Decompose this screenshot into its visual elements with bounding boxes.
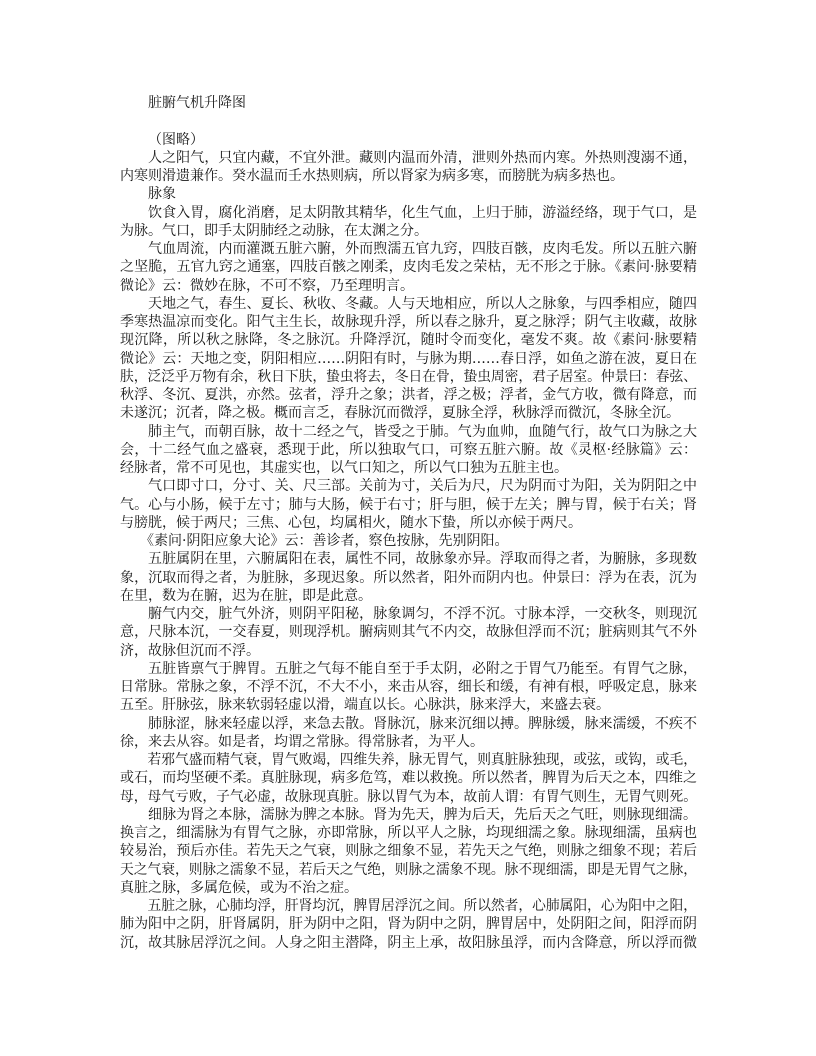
text-line: 气口即寸口，分寸、关、尺三部。关前为寸，关后为尺，尺为阴而寸为阳，关为阴阳之中 [120,477,697,495]
text-line: 沉，故其脉居浮沉之间。人身之阳主潜降，阴主上承，故阳脉虽浮，而内含降意，所以浮而… [120,934,697,952]
text-line: 经脉者，常不可见也，其虚实也，以气口知之，所以气口独为五脏主也。 [120,459,697,477]
section-heading: 脉象 [120,185,697,203]
text-line: 较易治，预后亦佳。若先天之气衰，则脉之细象不显，若先天之气绝，则脉之细象不现；若… [120,842,697,860]
paragraph: 肺脉涩，脉来轻虚以浮，来急去散。肾脉沉，脉来沉细以搏。脾脉缓，脉来濡缓，不疾不 … [120,715,697,752]
text-line: 肺脉涩，脉来轻虚以浮，来急去散。肾脉沉，脉来沉细以搏。脾脉缓，脉来濡缓，不疾不 [120,715,697,733]
paragraph: 天地之气，春生、夏长、秋收、冬藏。人与天地相应，所以人之脉象，与四季相应，随四 … [120,295,697,423]
text-line: 之坚脆，五官九窍之通塞，四肢百骸之刚柔，皮肉毛发之荣枯，无不形之于脉。《素问·脉… [120,258,697,276]
paragraph: 气口即寸口，分寸、关、尺三部。关前为寸，关后为尺，尺为阴而寸为阳，关为阴阳之中 … [120,477,697,532]
text-line: 肺为阳中之阴，肝肾属阴，肝为阴中之阳，肾为阴中之阴，脾胃居中，处阴阳之间，阳浮而… [120,915,697,933]
text-line: 细脉为肾之本脉，濡脉为脾之本脉。肾为先天，脾为后天，先后天之气旺，则脉现细濡。 [120,806,697,824]
text-line: 真脏之脉，多属危候，或为不治之症。 [120,879,697,897]
text-line: 现沉降，所以秋之脉降，冬之脉沉。升降浮沉，随时令而变化，毫发不爽。故《素问·脉要… [120,331,697,349]
text-line: 在里，数为在腑，迟为在脏，即是此意。 [120,587,697,605]
figure-omitted-note: （图略） [120,131,697,149]
text-line: 内寒则滑遗兼作。癸水温而壬水热则病，所以肾家为病多寒，而膀胱为病多热也。 [120,167,697,185]
text-line: 未遂沉；沉者，降之极。概而言乏，春脉沉而微浮，夏脉全浮，秋脉浮而微沉，冬脉全沉。 [120,404,697,422]
text-line: 意，尺脉本沉，一交春夏，则现浮机。腑病则其气不内交，故脉但浮而不沉；脏病则其气不… [120,623,697,641]
text-line: 为脉。气口，即手太阴肺经之动脉，在太渊之分。 [120,222,697,240]
text-line: 腑气内交，脏气外济，则阴平阳秘，脉象调匀，不浮不沉。寸脉本浮，一交秋冬，则现沉 [120,605,697,623]
paragraph: 五脏之脉，心肺均浮，肝肾均沉，脾胃居浮沉之间。所以然者，心肺属阳，心为阳中之阳，… [120,897,697,952]
text-line: 人之阳气，只宜内藏，不宜外泄。藏则内温而外清，泄则外热而内寒。外热则溲溺不通， [120,149,697,167]
text-line: 气。心与小肠，候于左寸；肺与大肠，候于右寸；肝与胆，候于左关；脾与胃，候于右关；… [120,496,697,514]
paragraph: 气血周流，内而灌溉五脏六腑，外而煦濡五官九窍，四肢百骸，皮肉毛发。所以五脏六腑 … [120,240,697,295]
text-line: 气血周流，内而灌溉五脏六腑，外而煦濡五官九窍，四肢百骸，皮肉毛发。所以五脏六腑 [120,240,697,258]
text-line: 秋浮、冬沉、夏洪，亦然。弦者，浮升之象；洪者，浮之极；浮者，金气方收，微有降意，… [120,386,697,404]
text-line: 母，母气亏败，子气必虚，故脉现真脏。脉以胃气为本，故前人谓：有胃气则生，无胃气则… [120,788,686,806]
text-line: 换言之，细濡脉为有胃气之脉，亦即常脉，所以平人之脉，均现细濡之象。脉现细濡，虽病… [120,824,697,842]
text-line: 微论》云：天地之变，阴阳相应……阴阳有时，与脉为期……春日浮，如鱼之游在波，夏日… [120,350,697,368]
text-line: 饮食入胃，腐化消磨，足太阴散其精华，化生气血，上归于肺，游溢经络，现于气口，是 [120,204,697,222]
text-line: 肺主气，而朝百脉，故十二经之气，皆受之于肺。气为血帅，血随气行，故气口为脉之大 [120,423,697,441]
text-line: 肤，泛泛乎万物有余，秋日下肤，蛰虫将去，冬日在骨，蛰虫周密，君子居室。仲景曰：春… [120,368,686,386]
text-line: 五脏皆禀气于脾胃。五脏之气每不能自至于手太阴，必附之于胃气乃能至。有胃气之脉， [120,660,697,678]
paragraph: 《素问·阴阳应象大论》云：善诊者，察色按脉，先别阴阳。 [120,532,697,550]
text-line: 微论》云：微妙在脉，不可不察，乃至理明言。 [120,277,697,295]
paragraph: 人之阳气，只宜内藏，不宜外泄。藏则内温而外清，泄则外热而内寒。外热则溲溺不通， … [120,149,697,186]
text-line: 五至。肝脉弦，脉来软弱轻虚以滑，端直以长。心脉洪，脉来浮大，来盛去衰。 [120,696,697,714]
document-title: 脏腑气机升降图 [120,94,697,112]
paragraph: 五脏皆禀气于脾胃。五脏之气每不能自至于手太阴，必附之于胃气乃能至。有胃气之脉， … [120,660,697,715]
text-line: 《素问·阴阳应象大论》云：善诊者，察色按脉，先别阴阳。 [120,532,697,550]
paragraph: 若邪气盛而精气衰，胃气败竭，四维失养，脉无胃气，则真脏脉独现，或弦，或钩，或毛，… [120,751,697,806]
text-line: 五脏属阴在里，六腑属阳在表，属性不同，故脉象亦异。浮取而得之者，为腑脉，多现数 [120,550,697,568]
text-line: 天之气衰，则脉之濡象不显，若后天之气绝，则脉之濡象不现。脉不现细濡，即是无胃气之… [120,861,686,879]
text-line: 会，十二经气血之盛衰，悉现于此，所以独取气口，可察五脏六腑。故《灵枢·经脉篇》云… [120,441,697,459]
paragraph: 肺主气，而朝百脉，故十二经之气，皆受之于肺。气为血帅，血随气行，故气口为脉之大 … [120,423,697,478]
text-line: 天地之气，春生、夏长、秋收、冬藏。人与天地相应，所以人之脉象，与四季相应，随四 [120,295,697,313]
text-line: 若邪气盛而精气衰，胃气败竭，四维失养，脉无胃气，则真脏脉独现，或弦，或钩，或毛， [120,751,686,769]
paragraph: 五脏属阴在里，六腑属阳在表，属性不同，故脉象亦异。浮取而得之者，为腑脉，多现数 … [120,550,697,605]
text-line: 或石，而均坚硬不柔。真脏脉现，病多危笃，难以救挽。所以然者，脾胃为后天之本，四维… [120,769,697,787]
text-line: 徐，来去从容。如是者，均谓之常脉。得常脉者，为平人。 [120,733,697,751]
text-line: 与膀胱，候于两尺；三焦、心包，均属相火，随水下蛰，所以亦候于两尺。 [120,514,697,532]
text-line: 济，故脉但沉而不浮。 [120,642,697,660]
paragraph: 腑气内交，脏气外济，则阴平阳秘，脉象调匀，不浮不沉。寸脉本浮，一交秋冬，则现沉 … [120,605,697,660]
text-line: 季寒热温凉而变化。阳气主生长，故脉现升浮，所以春之脉升，夏之脉浮；阴气主收藏，故… [120,313,697,331]
text-line: 日常脉。常脉之象，不浮不沉，不大不小，来击从容，细长和缓，有神有根，呼吸定息，脉… [120,678,697,696]
blank-line [120,112,697,130]
text-line: 五脏之脉，心肺均浮，肝肾均沉，脾胃居浮沉之间。所以然者，心肺属阳，心为阳中之阳， [120,897,686,915]
text-line: 象，沉取而得之者，为脏脉，多现迟象。所以然者，阳外而阴内也。仲景曰：浮为在表，沉… [120,569,697,587]
document-page: 脏腑气机升降图 （图略） 人之阳气，只宜内藏，不宜外泄。藏则内温而外清，泄则外热… [120,94,697,952]
paragraph: 细脉为肾之本脉，濡脉为脾之本脉。肾为先天，脾为后天，先后天之气旺，则脉现细濡。 … [120,806,697,897]
paragraph: 饮食入胃，腐化消磨，足太阴散其精华，化生气血，上归于肺，游溢经络，现于气口，是 … [120,204,697,241]
